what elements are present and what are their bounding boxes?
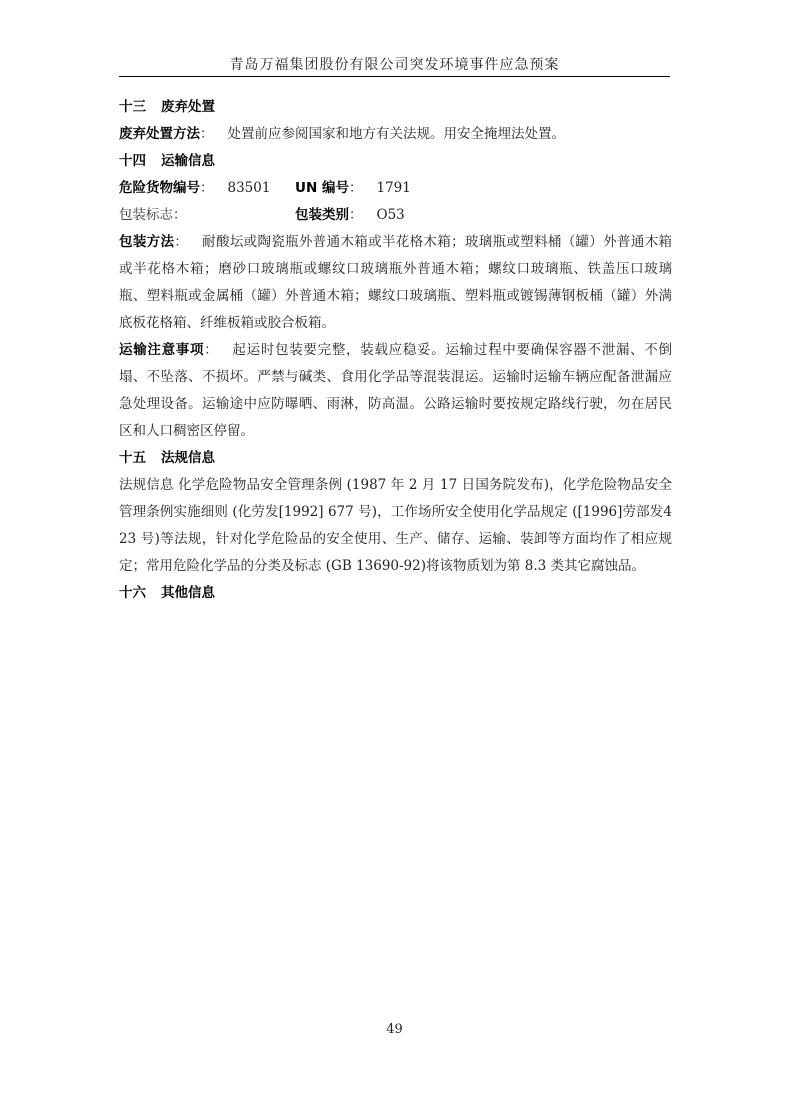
package-category-label: 包装类别 xyxy=(295,207,349,223)
package-category-field: 包装类别：O53 xyxy=(295,202,405,229)
transport-notes-label: 运输注意事项 xyxy=(119,342,204,358)
page-number: 49 xyxy=(0,1022,789,1037)
dangerous-goods-number-label: 危险货物编号 xyxy=(119,180,200,196)
section-13-heading: 十三废弃处置 xyxy=(119,94,672,121)
un-number-field: UN 编号：1791 xyxy=(295,175,411,202)
section-13-number: 十三 xyxy=(119,94,161,121)
packaging-method-paragraph: 包装方法：耐酸坛或陶瓷瓶外普通木箱或半花格木箱；玻璃瓶或塑料桶（罐）外普通木箱或… xyxy=(119,229,672,337)
transport-notes-colon: ： xyxy=(204,342,218,358)
section-14-title: 运输信息 xyxy=(161,153,215,169)
dangerous-goods-number-value: 83501 xyxy=(228,180,271,196)
section-15-number: 十五 xyxy=(119,445,161,472)
packaging-method-colon: ： xyxy=(174,234,188,250)
package-mark-field: 包装标志： xyxy=(119,202,295,229)
section-14-heading: 十四运输信息 xyxy=(119,148,672,175)
disposal-method-label: 废弃处置方法 xyxy=(119,126,200,142)
package-category-colon: ： xyxy=(349,207,363,223)
section-16-title: 其他信息 xyxy=(161,585,215,601)
package-mark-label: 包装标志： xyxy=(119,207,187,223)
packaging-method-value: 耐酸坛或陶瓷瓶外普通木箱或半花格木箱；玻璃瓶或塑料桶（罐）外普通木箱或半花格木箱… xyxy=(119,234,672,331)
section-16-number: 十六 xyxy=(119,580,161,607)
dangerous-goods-number-colon: ： xyxy=(200,180,214,196)
transport-notes-paragraph: 运输注意事项：起运时包装要完整，装载应稳妥。运输过程中要确保容器不泄漏、不倒塌、… xyxy=(119,337,672,445)
disposal-method-row: 废弃处置方法：处置前应参阅国家和地方有关法规。用安全掩埋法处置。 xyxy=(119,121,672,148)
regulatory-info-paragraph: 法规信息 化学危险物品安全管理条例 (1987 年 2 月 17 日国务院发布)… xyxy=(119,472,672,580)
section-15-heading: 十五法规信息 xyxy=(119,445,672,472)
un-number-colon: ： xyxy=(349,180,363,196)
section-15-title: 法规信息 xyxy=(161,450,215,466)
page-header-title: 青岛万福集团股份有限公司突发环境事件应急预案 xyxy=(119,56,670,74)
un-number-label: UN 编号 xyxy=(295,180,349,196)
header-divider xyxy=(119,76,670,77)
dangerous-goods-number-field: 危险货物编号：83501 xyxy=(119,175,295,202)
package-category-value: O53 xyxy=(377,207,405,223)
goods-number-row: 危险货物编号：83501UN 编号：1791 xyxy=(119,175,672,202)
disposal-method-colon: ： xyxy=(200,126,214,142)
section-16-heading: 十六其他信息 xyxy=(119,580,672,607)
disposal-method-value: 处置前应参阅国家和地方有关法规。用安全掩埋法处置。 xyxy=(228,126,566,142)
un-number-value: 1791 xyxy=(376,180,410,196)
section-14-number: 十四 xyxy=(119,148,161,175)
document-body: 十三废弃处置 废弃处置方法：处置前应参阅国家和地方有关法规。用安全掩埋法处置。 … xyxy=(119,94,672,607)
section-13-title: 废弃处置 xyxy=(161,99,215,115)
package-row: 包装标志：包装类别：O53 xyxy=(119,202,672,229)
packaging-method-label: 包装方法 xyxy=(119,234,174,250)
